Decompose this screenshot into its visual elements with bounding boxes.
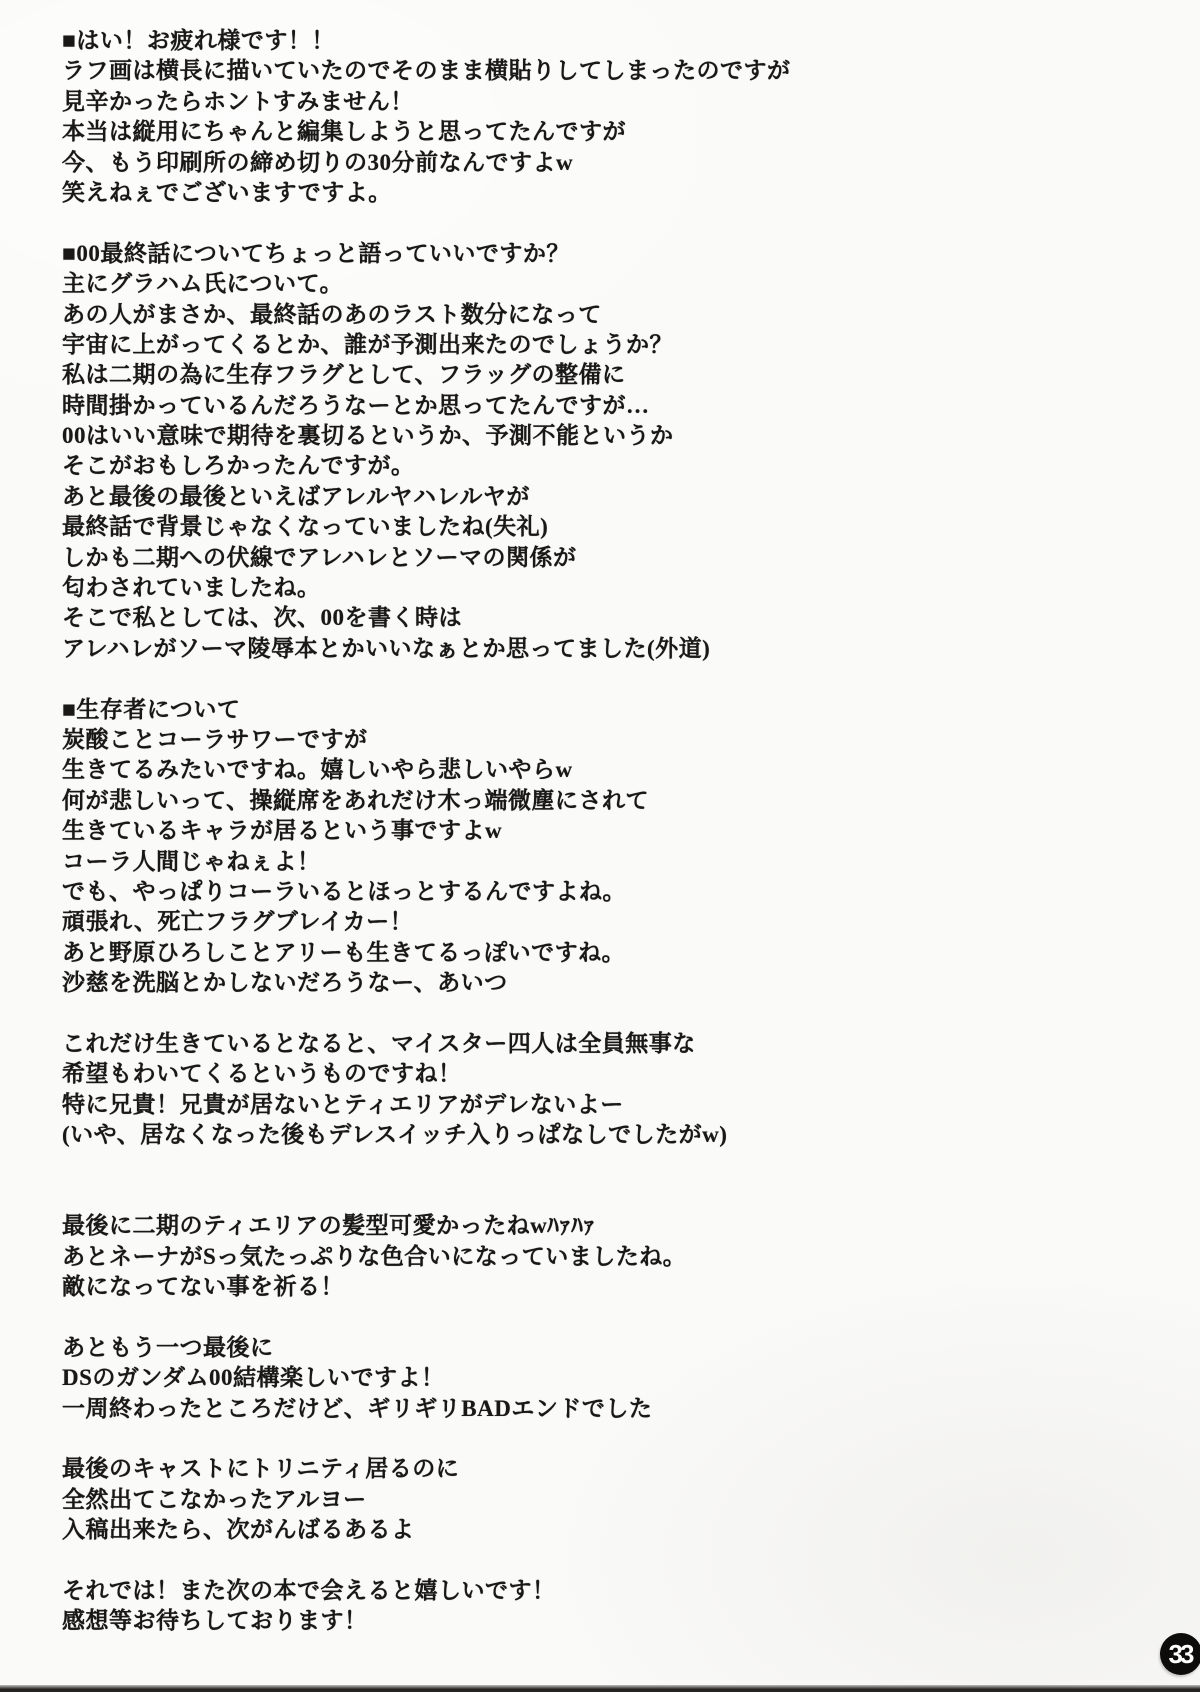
text-line: 00はいい意味で期待を裏切るというか、予測不能というか: [62, 421, 1142, 451]
text-line: それでは！また次の本で会えると嬉しいです！: [62, 1576, 1142, 1606]
text-line: [62, 1546, 1142, 1576]
text-line: (いや、居なくなった後もデレスイッチ入りっぱなしでしたがw): [62, 1120, 1142, 1150]
text-line: あとネーナがSっ気たっぷりな色合いになっていましたね。: [62, 1242, 1142, 1272]
text-line: 入稿出来たら、次がんばるあるよ: [62, 1515, 1142, 1545]
page-number: 33: [1169, 1639, 1192, 1670]
text-line: 頑張れ、死亡フラグブレイカー！: [62, 907, 1142, 937]
text-line: 主にグラハム氏について。: [62, 269, 1142, 299]
text-line: 希望もわいてくるというものですね！: [62, 1059, 1142, 1089]
text-line: [62, 1181, 1142, 1211]
text-line: 感想等お待ちしております！: [62, 1606, 1142, 1636]
text-line: [62, 999, 1142, 1029]
text-line: DSのガンダム00結構楽しいですよ！: [62, 1363, 1142, 1393]
page-number-badge: 33: [1160, 1633, 1200, 1675]
text-line: 一周終わったところだけど、ギリギリBADエンドでした: [62, 1394, 1142, 1424]
text-line: 見辛かったらホントすみません！: [62, 87, 1142, 117]
text-line: 炭酸ことコーラサワーですが: [62, 725, 1142, 755]
section-heading-line: ■はい！お疲れ様です！！: [62, 26, 1142, 56]
text-line: あともう一つ最後に: [62, 1333, 1142, 1363]
text-line: あと最後の最後といえばアレルヤハレルヤが: [62, 482, 1142, 512]
text-line: 匂わされていましたね。: [62, 573, 1142, 603]
text-line: 笑えねぇでございますですよ。: [62, 178, 1142, 208]
text-line: 最終話で背景じゃなくなっていましたね(失礼): [62, 512, 1142, 542]
text-line: 今、もう印刷所の締め切りの30分前なんですよw: [62, 148, 1142, 178]
text-line: アレハレがソーマ陵辱本とかいいなぁとか思ってました(外道): [62, 634, 1142, 664]
section-heading-line: ■生存者について: [62, 695, 1142, 725]
text-line: [62, 664, 1142, 694]
text-line: しかも二期への伏線でアレハレとソーマの関係が: [62, 543, 1142, 573]
text-line: 全然出てこなかったアルヨー: [62, 1485, 1142, 1515]
text-line: でも、やっぱりコーラいるとほっとするんですよね。: [62, 877, 1142, 907]
afterword-scan-page: ■はい！お疲れ様です！！ラフ画は横長に描いていたのでそのまま横貼りしてしまったの…: [0, 0, 1200, 1692]
text-line: そこがおもしろかったんですが。: [62, 451, 1142, 481]
text-line: あと野原ひろしことアリーも生きてるっぽいですね。: [62, 938, 1142, 968]
text-line: [62, 208, 1142, 238]
text-line: 時間掛かっているんだろうなーとか思ってたんですが…: [62, 391, 1142, 421]
text-line: 宇宙に上がってくるとか、誰が予測出来たのでしょうか？: [62, 330, 1142, 360]
section-heading-line: ■00最終話についてちょっと語っていいですか？: [62, 239, 1142, 269]
text-line: 何が悲しいって、操縦席をあれだけ木っ端微塵にされて: [62, 786, 1142, 816]
text-line: コーラ人間じゃねぇよ！: [62, 847, 1142, 877]
text-line: これだけ生きているとなると、マイスター四人は全員無事な: [62, 1029, 1142, 1059]
text-line: 敵になってない事を祈る！: [62, 1272, 1142, 1302]
text-line: あの人がまさか、最終話のあのラスト数分になって: [62, 300, 1142, 330]
text-line: [62, 1424, 1142, 1454]
text-line: 本当は縦用にちゃんと編集しようと思ってたんですが: [62, 117, 1142, 147]
text-line: [62, 1302, 1142, 1332]
text-line: ラフ画は横長に描いていたのでそのまま横貼りしてしまったのですが: [62, 56, 1142, 86]
text-line: 沙慈を洗脳とかしないだろうなー、あいつ: [62, 968, 1142, 998]
text-line: 私は二期の為に生存フラグとして、フラッグの整備に: [62, 360, 1142, 390]
afterword-text-column: ■はい！お疲れ様です！！ラフ画は横長に描いていたのでそのまま横貼りしてしまったの…: [62, 26, 1142, 1637]
text-line: 特に兄貴！兄貴が居ないとティエリアがデレないよー: [62, 1090, 1142, 1120]
text-line: 最後のキャストにトリニティ居るのに: [62, 1454, 1142, 1484]
text-line: 生きてるみたいですね。嬉しいやら悲しいやらw: [62, 755, 1142, 785]
text-line: 生きているキャラが居るという事ですよw: [62, 816, 1142, 846]
text-line: 最後に二期のティエリアの髪型可愛かったねwﾊｧﾊｧ: [62, 1211, 1142, 1241]
text-line: [62, 1150, 1142, 1180]
text-line: そこで私としては、次、00を書く時は: [62, 603, 1142, 633]
scan-edge-bottom: [0, 1685, 1200, 1692]
